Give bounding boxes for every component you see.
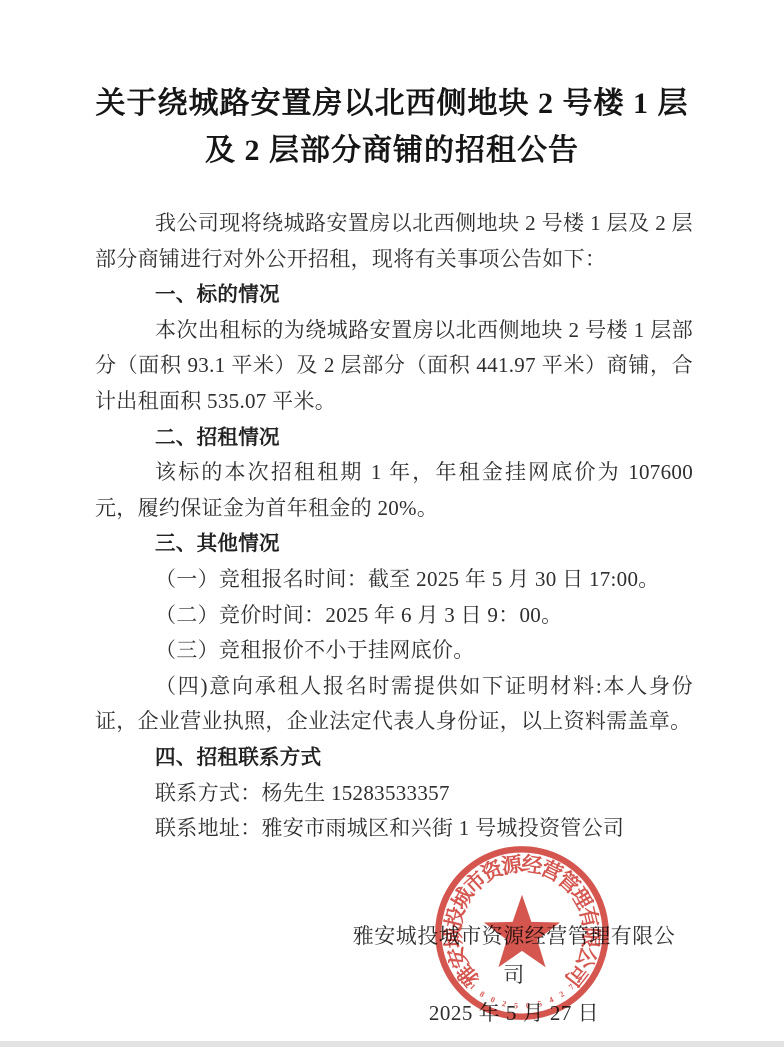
signature-block: 雅安城投城市资源经营管理有限公司 2025 年 5 月 27 日 bbox=[346, 917, 682, 1033]
title-line-2: 及 2 层部分商铺的招租公告 bbox=[56, 127, 728, 174]
title-line-1: 关于绕城路安置房以北西侧地块 2 号楼 1 层 bbox=[56, 80, 728, 127]
svg-text:资: 资 bbox=[478, 855, 508, 886]
section-1-paragraph: 本次出租标的为绕城路安置房以北西侧地块 2 号楼 1 层部分（面积 93.1 平… bbox=[95, 313, 693, 420]
svg-text:城: 城 bbox=[447, 883, 478, 913]
svg-text:管: 管 bbox=[553, 867, 585, 899]
svg-text:经: 经 bbox=[520, 852, 544, 879]
svg-text:市: 市 bbox=[460, 867, 492, 899]
section-2-paragraph: 该标的本次招租租期 1 年，年租金挂网底价为 107600 元，履约保证金为首年… bbox=[95, 455, 693, 526]
signature-date: 2025 年 5 月 27 日 bbox=[346, 994, 682, 1033]
contact-phone-line: 联系方式：杨先生 15283533357 bbox=[95, 776, 693, 812]
document-body: 我公司现将绕城路安置房以北西侧地块 2 号楼 1 层及 2 层部分商铺进行对外公… bbox=[95, 206, 693, 847]
section-3-heading: 三、其他情况 bbox=[95, 526, 693, 562]
section-3-item-4: （四)意向承租人报名时需提供如下证明材料:本人身份证，企业营业执照，企业法定代表… bbox=[95, 669, 693, 740]
section-3-item-3: （三）竞租报价不小于挂网底价。 bbox=[95, 633, 693, 669]
contact-address-line: 联系地址：雅安市雨城区和兴街 1 号城投资管公司 bbox=[95, 811, 693, 847]
document-title: 关于绕城路安置房以北西侧地块 2 号楼 1 层 及 2 层部分商铺的招租公告 bbox=[56, 80, 728, 174]
section-3-item-2: （二）竞价时间：2025 年 6 月 3 日 9：00。 bbox=[95, 598, 693, 634]
intro-paragraph: 我公司现将绕城路安置房以北西侧地块 2 号楼 1 层及 2 层部分商铺进行对外公… bbox=[95, 206, 693, 277]
document-page: 关于绕城路安置房以北西侧地块 2 号楼 1 层 及 2 层部分商铺的招租公告 我… bbox=[0, 0, 784, 1047]
section-3-item-1: （一）竞租报名时间：截至 2025 年 5 月 30 日 17:00。 bbox=[95, 562, 693, 598]
section-4-heading: 四、招租联系方式 bbox=[95, 740, 693, 776]
page-bottom-edge bbox=[0, 1041, 784, 1047]
svg-text:理: 理 bbox=[566, 883, 597, 913]
section-2-heading: 二、招租情况 bbox=[95, 420, 693, 456]
svg-text:营: 营 bbox=[537, 856, 566, 887]
section-1-heading: 一、标的情况 bbox=[95, 277, 693, 313]
svg-text:源: 源 bbox=[500, 852, 525, 879]
signature-company: 雅安城投城市资源经营管理有限公司 bbox=[346, 917, 682, 994]
